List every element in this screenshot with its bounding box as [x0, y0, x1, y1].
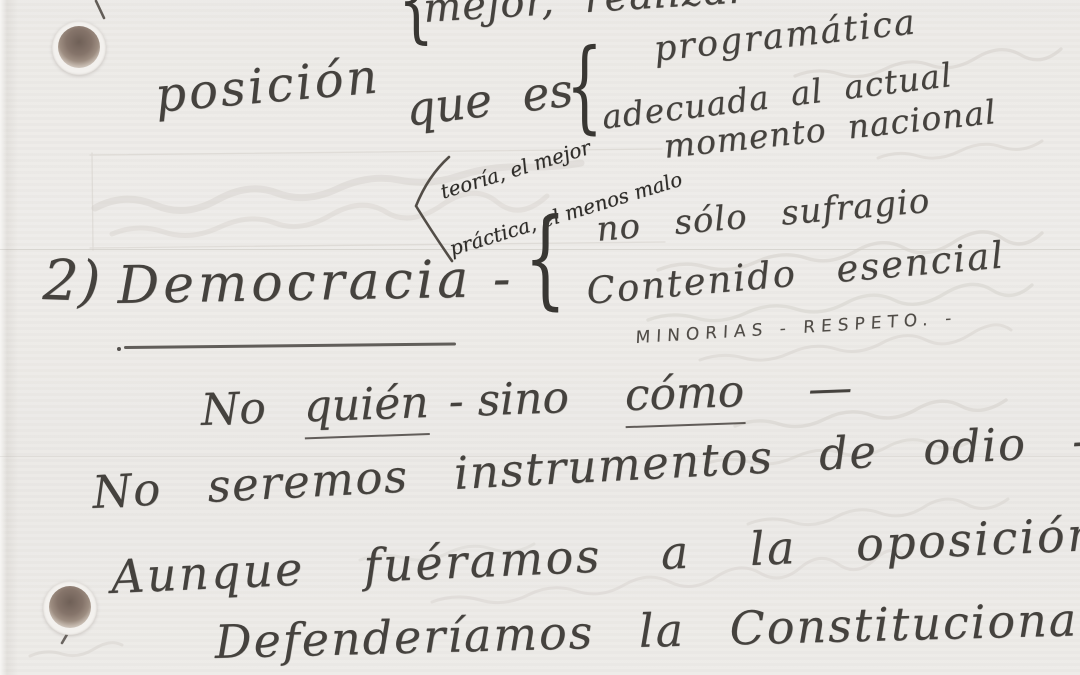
underline-dot	[117, 347, 121, 351]
punch-hole-top-center	[58, 26, 100, 68]
word-como-underlined: cómo	[624, 368, 745, 429]
punch-hole-top	[52, 21, 106, 75]
item-number: 2)	[42, 250, 102, 314]
ghost-line	[30, 643, 122, 656]
brace-options: {	[566, 36, 603, 136]
punch-hole-bottom	[43, 581, 97, 635]
brace-item: {	[524, 205, 567, 313]
word-no: No	[200, 385, 267, 436]
heading-democracia: Democracia -	[117, 251, 515, 315]
cut-stroke-top	[96, 1, 104, 18]
ghost-line	[878, 141, 1042, 158]
punch-hole-bottom-center	[49, 586, 91, 628]
trailing-dash: —	[807, 364, 853, 414]
words-sino: - sino	[448, 374, 570, 427]
word-quien-underlined: quién	[303, 379, 430, 440]
manuscript-page: { mejor, realizar posición que es { prog…	[0, 0, 1080, 675]
